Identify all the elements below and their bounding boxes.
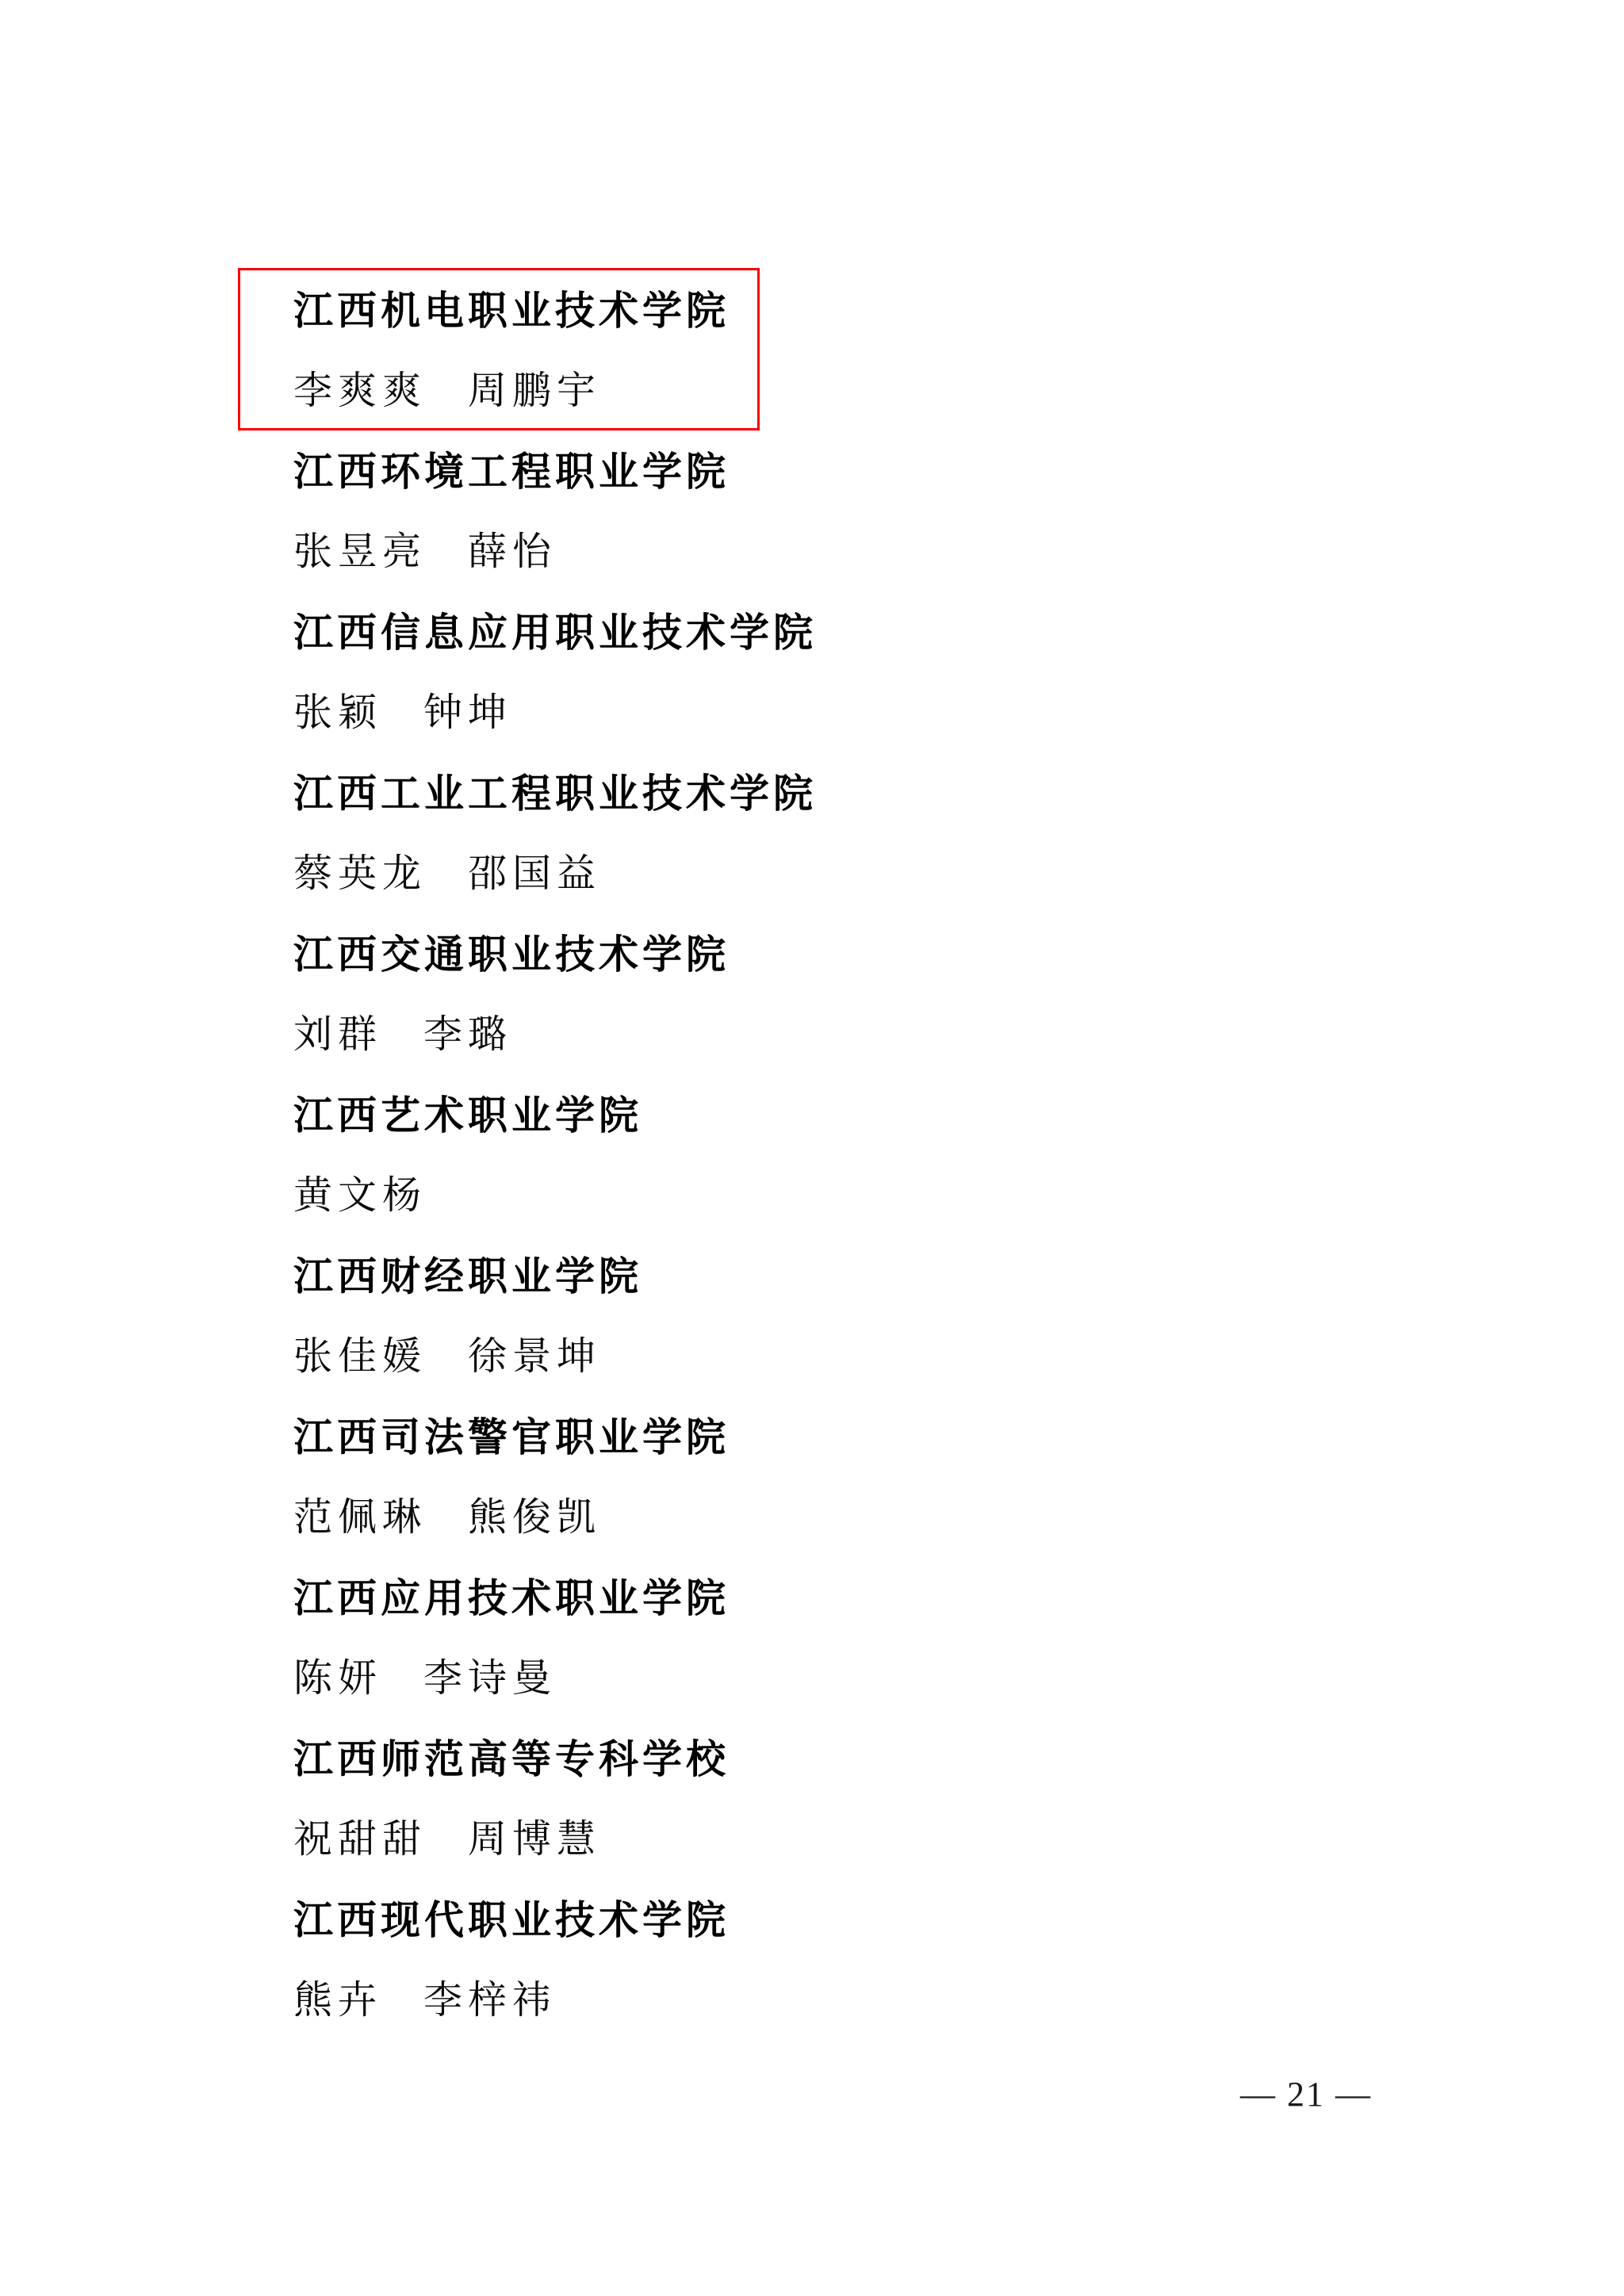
school-name: 江西艺术职业学院 [293, 1072, 817, 1153]
winner-name: 邵国益 [468, 843, 601, 898]
document-page: 江西机电职业技术学院 李爽爽 周鹏宇 江西环境工程职业学院 张昱亮 薛怡 江西信… [0, 0, 1624, 2296]
names-line: 陈妍 李诗曼 [293, 1636, 817, 1716]
winner-name: 薛怡 [468, 521, 557, 576]
winner-name: 熊卉 [293, 1969, 382, 2025]
winner-name: 陈妍 [293, 1647, 382, 1703]
winner-name: 黄文杨 [293, 1165, 427, 1220]
winner-name: 刘群 [293, 1004, 382, 1059]
names-line: 李爽爽 周鹏宇 [293, 348, 817, 429]
winner-name: 徐景坤 [468, 1326, 601, 1381]
names-line: 刘群 李璐 [293, 992, 817, 1073]
winner-name: 李诗曼 [423, 1647, 557, 1703]
winner-name: 范佩琳 [293, 1487, 427, 1542]
names-line: 黄文杨 [293, 1153, 817, 1234]
school-name: 江西应用技术职业学院 [293, 1555, 817, 1636]
school-name: 江西信息应用职业技术学院 [293, 589, 817, 670]
page-number: — 21 — [1240, 2074, 1372, 2114]
winner-name: 张颖 [293, 682, 382, 737]
names-line: 熊卉 李梓祎 [293, 1957, 817, 2038]
school-name: 江西现代职业技术学院 [293, 1877, 817, 1957]
names-line: 蔡英龙 邵国益 [293, 831, 817, 912]
school-name: 江西工业工程职业技术学院 [293, 750, 817, 831]
winner-name: 张昱亮 [293, 521, 427, 576]
winner-name: 李梓祎 [423, 1969, 557, 2025]
winner-name: 钟坤 [423, 682, 512, 737]
winner-name: 熊俊凯 [468, 1487, 601, 1542]
award-list: 江西机电职业技术学院 李爽爽 周鹏宇 江西环境工程职业学院 张昱亮 薛怡 江西信… [293, 267, 817, 2038]
winner-name: 蔡英龙 [293, 843, 427, 898]
school-name: 江西师范高等专科学校 [293, 1716, 817, 1797]
names-line: 张颖 钟坤 [293, 670, 817, 751]
winner-name: 祝甜甜 [293, 1808, 427, 1864]
winner-name: 李璐 [423, 1004, 512, 1059]
school-name: 江西机电职业技术学院 [293, 267, 817, 348]
names-line: 张佳媛 徐景坤 [293, 1314, 817, 1395]
winner-name: 李爽爽 [293, 360, 427, 415]
school-name: 江西司法警官职业学院 [293, 1394, 817, 1475]
winner-name: 张佳媛 [293, 1326, 427, 1381]
names-line: 祝甜甜 周博慧 [293, 1797, 817, 1877]
school-name: 江西环境工程职业学院 [293, 428, 817, 509]
school-name: 江西交通职业技术学院 [293, 911, 817, 992]
winner-name: 周鹏宇 [468, 360, 601, 415]
names-line: 张昱亮 薛怡 [293, 509, 817, 590]
names-line: 范佩琳 熊俊凯 [293, 1475, 817, 1556]
school-name: 江西财经职业学院 [293, 1233, 817, 1314]
winner-name: 周博慧 [468, 1808, 601, 1864]
